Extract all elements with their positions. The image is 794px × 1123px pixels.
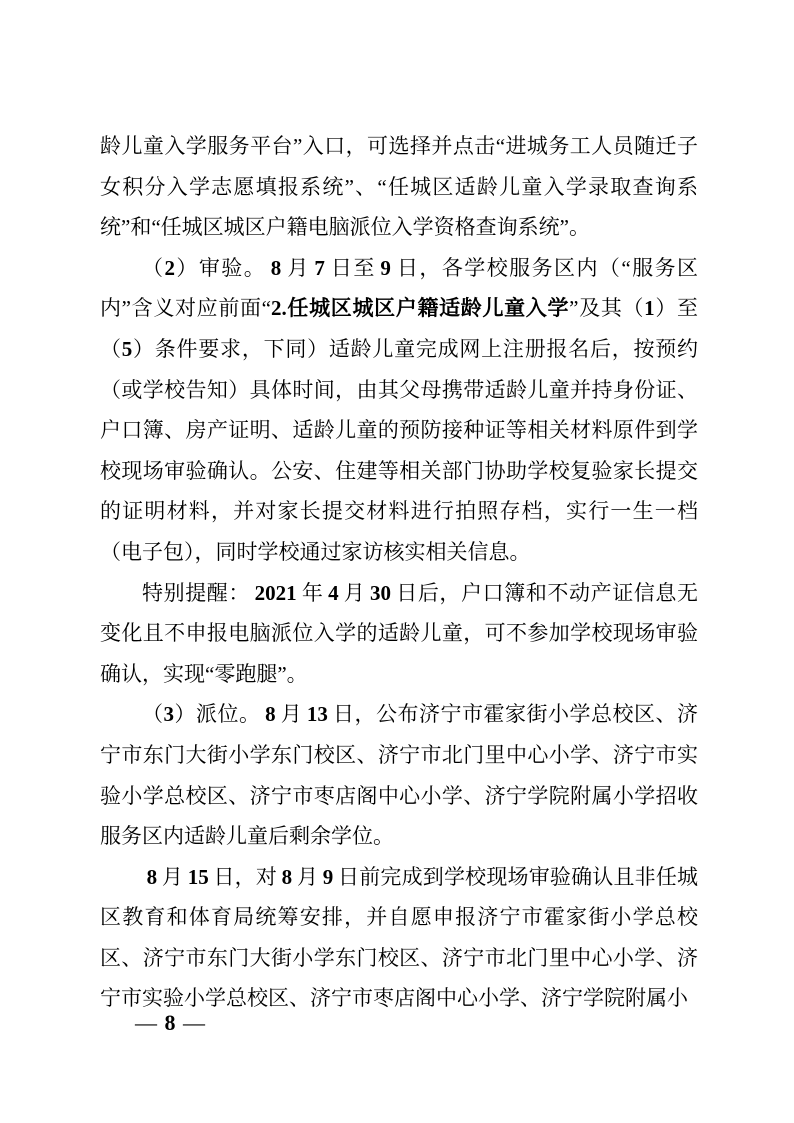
paragraph: 特别提醒：2021年4月30日后，户口簿和不动产证信息无变化且不申报电脑派位入学… [100, 573, 698, 695]
bold-text-run: 2.任城区城区户籍适龄儿童入学 [271, 296, 569, 320]
text-run: 月 [162, 865, 183, 889]
paragraph: （3）派位。8月13日，公布济宁市霍家街小学总校区、济宁市东门大街小学东门校区、… [100, 694, 698, 856]
text-run: （ [142, 256, 164, 280]
bold-text-run: 8 [265, 702, 276, 726]
bold-text-run: 3 [164, 702, 175, 726]
bold-text-run: 8 [282, 865, 293, 889]
bold-text-run: 15 [188, 865, 209, 889]
paragraph: 8月15日，对8月9日前完成到学校现场审验确认且非任城区教育和体育局统筹安排，并… [100, 857, 698, 1019]
bold-text-run: 8 [165, 1010, 177, 1035]
text-run: ）派位。 [174, 702, 261, 726]
page-number: — 8 — [135, 1009, 206, 1037]
text-run: — [135, 1010, 165, 1035]
text-run: — [177, 1010, 207, 1035]
bold-text-run: 13 [307, 702, 328, 726]
bold-text-run: 4 [328, 581, 339, 605]
paragraph: 龄儿童入学服务平台”入口，可选择并点击“进城务工人员随迁子女积分入学志愿填报系统… [100, 126, 698, 248]
text-run: 月 [286, 256, 310, 280]
text-run: （ [142, 702, 164, 726]
bold-text-run: 2021 [255, 581, 297, 605]
document-page: 龄儿童入学服务平台”入口，可选择并点击“进城务工人员随迁子女积分入学志愿填报系统… [0, 0, 794, 1123]
bold-text-run: 8 [147, 865, 158, 889]
document-body: 龄儿童入学服务平台”入口，可选择并点击“进城务工人员随迁子女积分入学志愿填报系统… [100, 126, 698, 1019]
bold-text-run: 2 [164, 256, 175, 280]
text-run: 月 [297, 865, 318, 889]
text-run: 年 [301, 581, 323, 605]
bold-text-run: 9 [323, 865, 334, 889]
paragraph: （2）审验。8月7日至9日，各学校服务区内（“服务区内”含义对应前面“2.任城区… [100, 248, 698, 573]
bold-text-run: 5 [122, 337, 133, 361]
text-run: ）条件要求，下同）适龄儿童完成网上注册报名后，按预约（或学校告知）具体时间，由其… [100, 337, 698, 564]
text-run: 月 [280, 702, 302, 726]
text-run: ”及其（ [569, 296, 644, 320]
bold-text-run: 9 [380, 256, 391, 280]
text-run: 特别提醒： [142, 581, 250, 605]
bold-text-run: 30 [370, 581, 391, 605]
text-run: 月 [343, 581, 365, 605]
bold-text-run: 1 [644, 296, 655, 320]
bold-text-run: 8 [271, 256, 282, 280]
text-run: 日，对 [213, 865, 277, 889]
text-run: ）审验。 [175, 256, 266, 280]
text-run: 龄儿童入学服务平台”入口，可选择并点击“进城务工人员随迁子女积分入学志愿填报系统… [100, 134, 698, 239]
text-run: 日至 [329, 256, 375, 280]
bold-text-run: 7 [314, 256, 325, 280]
